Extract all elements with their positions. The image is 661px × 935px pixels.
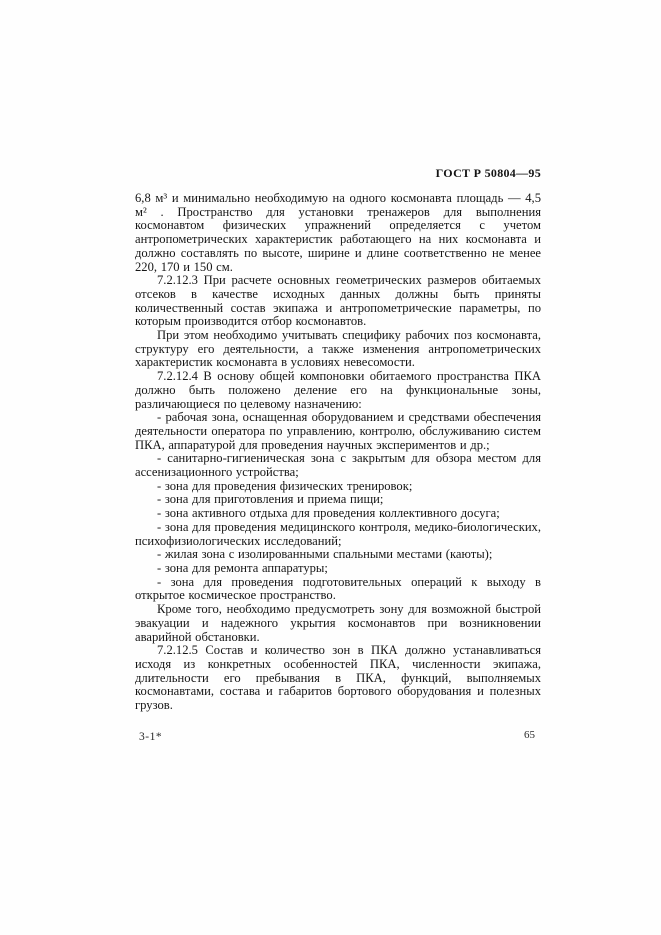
scanned-document-page: ГОСТ Р 50804—95 6,8 м³ и минимально необ… bbox=[0, 0, 661, 935]
paragraph: Кроме того, необходимо предусмотреть зон… bbox=[135, 603, 541, 644]
paragraph: - зона для проведения подготовительных о… bbox=[135, 576, 541, 603]
paragraph: При этом необходимо учитывать специфику … bbox=[135, 329, 541, 370]
paragraph: - зона активного отдыха для проведения к… bbox=[135, 507, 541, 521]
paragraph: 7.2.12.5 Состав и количество зон в ПКА д… bbox=[135, 644, 541, 713]
paragraph: - жилая зона с изолированными спальными … bbox=[135, 548, 541, 562]
page-number: 65 bbox=[135, 729, 535, 741]
paragraph: - зона для проведения физических трениро… bbox=[135, 480, 541, 494]
paragraph: - зона для ремонта аппаратуры; bbox=[135, 562, 541, 576]
paragraph: 7.2.12.4 В основу общей компоновки обита… bbox=[135, 370, 541, 411]
paragraph: - санитарно-гигиеническая зона с закрыты… bbox=[135, 452, 541, 479]
paragraph: - зона для приготовления и приема пищи; bbox=[135, 493, 541, 507]
paragraph: 6,8 м³ и минимально необходимую на одног… bbox=[135, 192, 541, 274]
paragraph: - зона для проведения медицинского контр… bbox=[135, 521, 541, 548]
text-block: 6,8 м³ и минимально необходимую на одног… bbox=[135, 192, 541, 713]
document-standard-number: ГОСТ Р 50804—95 bbox=[135, 166, 541, 181]
paragraph: - рабочая зона, оснащенная оборудованием… bbox=[135, 411, 541, 452]
paragraph: 7.2.12.3 При расчете основных геометриче… bbox=[135, 274, 541, 329]
